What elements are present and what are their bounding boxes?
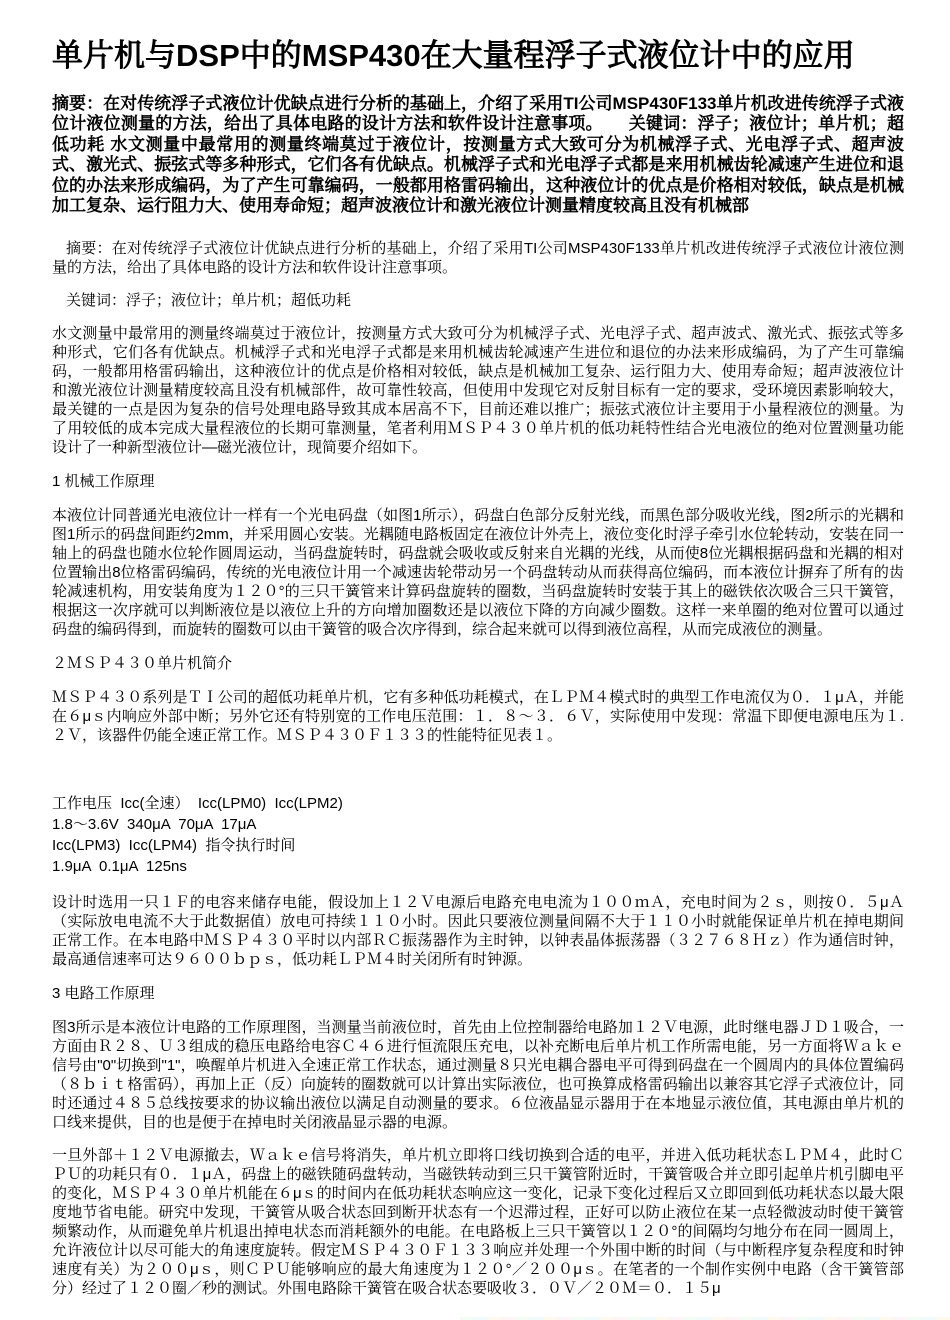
table1-value-row-2: 1.9μA 0.1μA 125ns: [52, 856, 904, 877]
section-3-paragraph-2: 一旦外部＋１２Ｖ电源撤去，Ｗａｋｅ信号将消失，单片机立即将口线切换到合适的电平，…: [52, 1146, 904, 1298]
section-1-paragraph: 本液位计同普通光电液位计一样有一个光电码盘（如图1所示），码盘白色部分反射光线，…: [52, 506, 904, 639]
section-heading-mechanical-principle: 1 机械工作原理: [52, 472, 904, 491]
article-page: 单片机与DSP中的MSP430在大量程浮子式液位计中的应用 摘要：在对传统浮子式…: [0, 0, 950, 1298]
table1-header-row-1: 工作电压 Icc(全速） Icc(LPM0) Icc(LPM2): [52, 793, 904, 814]
section-2-paragraph-1: ＭＳＰ４３０系列是ＴＩ公司的超低功耗单片机，它有多种低功耗模式，在ＬＰＭ４模式时…: [52, 688, 904, 745]
section-heading-circuit-principle: 3 电路工作原理: [52, 984, 904, 1003]
article-title: 单片机与DSP中的MSP430在大量程浮子式液位计中的应用: [52, 38, 904, 74]
section-3-paragraph-1: 图3所示是本液位计电路的工作原理图，当测量当前液位时，首先由上位控制器给电路加１…: [52, 1018, 904, 1132]
keywords-paragraph: 关键词：浮子；液位计；单片机；超低功耗: [52, 291, 904, 310]
intro-paragraph: 水文测量中最常用的测量终端莫过于液位计，按测量方式大致可分为机械浮子式、光电浮子…: [52, 324, 904, 457]
lead-abstract-paragraph: 摘要：在对传统浮子式液位计优缺点进行分析的基础上，介绍了采用TI公司MSP430…: [52, 94, 904, 217]
section-heading-msp430-intro: ２ＭＳＰ４３０单片机简介: [52, 654, 904, 673]
table1-header-row-2: Icc(LPM3) Icc(LPM4) 指令执行时间: [52, 835, 904, 856]
table1-value-row-1: 1.8～3.6V 340μA 70μA 17μA: [52, 814, 904, 835]
abstract-paragraph: 摘要：在对传统浮子式液位计优缺点进行分析的基础上，介绍了采用TI公司MSP430…: [52, 239, 904, 277]
section-2-paragraph-2: 设计时选用一只１Ｆ的电容来储存电能，假设加上１２Ｖ电源后电路充电电流为１００ｍＡ…: [52, 893, 904, 969]
table1-performance-text: 工作电压 Icc(全速） Icc(LPM0) Icc(LPM2) 1.8～3.6…: [52, 793, 904, 877]
